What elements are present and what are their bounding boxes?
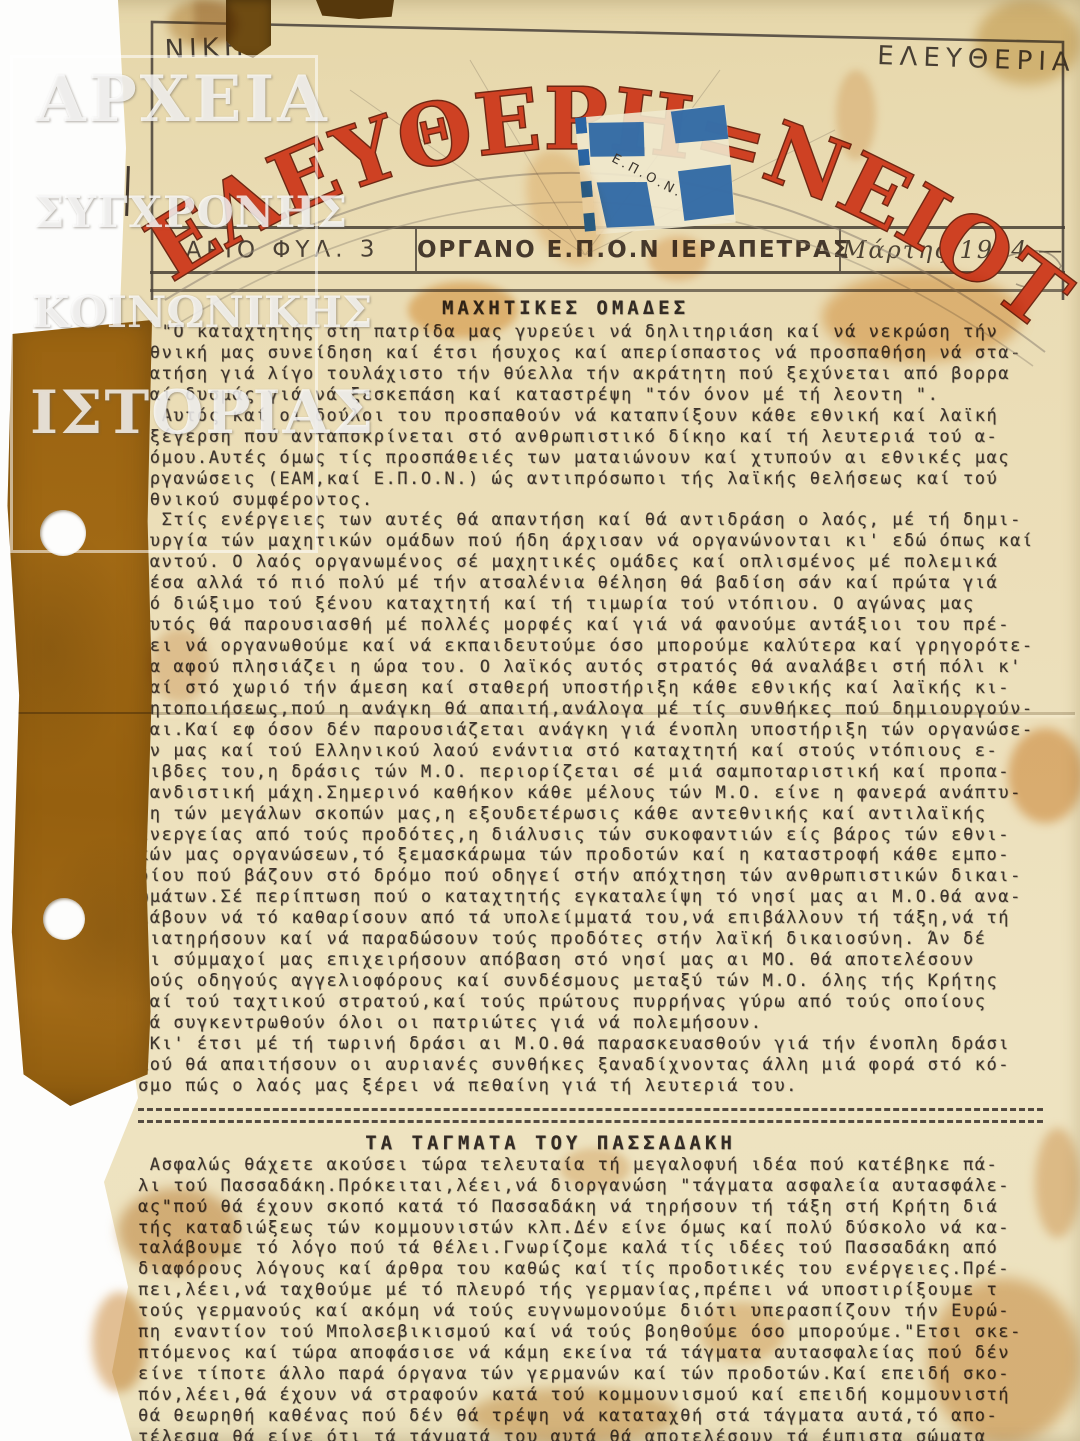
text-line: παντού. Ο λαός οργανωμένος σέ μαχητικές … <box>138 552 1073 573</box>
text-line: ουργία τών μαχητικών ομάδων πού ήδη άρχι… <box>138 531 1073 552</box>
organ-label: ΟΡΓΑΝΟ Ε.Π.Ο.Ν ΙΕΡΑΠΕΤΡΑΣ <box>415 229 841 271</box>
text-line: ξη τών μεγάλων σκοπών μας,η εξουδετέρωσι… <box>138 804 1073 825</box>
text-line: αυτός θά παρουσιασθή μέ πολλές μορφές κα… <box>138 615 1073 636</box>
text-line: Κι' έτσι μέ τή τωρινή δράσι αι Μ.Ο.θά πα… <box>138 1034 1073 1055</box>
text-line: καί τού ταχτικού στρατού,καί τούς πρώτου… <box>138 992 1073 1013</box>
text-line: κών μας οργανώσεων,τό ξεμασκάρωμα τών πρ… <box>138 845 1073 866</box>
text-line: καί δυσμάς γιά νά ξεσκεπάση καί καταστρέ… <box>138 385 1073 406</box>
text-line: θά συγκεντρωθούν όλοι οι πατριώτες γιά ν… <box>138 1013 1073 1034</box>
text-line: τό διώξιμο τού ξένου καταχτητή καί τή τι… <box>138 594 1073 615</box>
article-heading: ΜΑΧΗΤΙΚΕΣ ΟΜΑΔΕΣ <box>138 296 1073 322</box>
text-line: διατηρήσουν καί νά παραδώσουν τούς προδό… <box>138 929 1073 950</box>
text-line: οι σύμμαχοί μας επιχειρήσουν απόβαση στό… <box>138 950 1073 971</box>
text-line: ών μας καί τού Ελληνικού λαού ενάντια στ… <box>138 741 1073 762</box>
text-line: τέλεσμα θά είνε ότι τά τάγματά του αυτά … <box>138 1427 1073 1441</box>
issue-date: Μάρτης 1944 — <box>841 236 1065 264</box>
kraft-crease <box>6 712 152 714</box>
text-line: ριβδες του,η δράσις τών Μ.Ο. περιορίζετα… <box>138 762 1073 783</box>
punch-hole <box>40 510 86 556</box>
text-line: Αυτός καί οι δούλοι του προσπαθούν νά κα… <box>138 406 1073 427</box>
text-line: σμο πώς ο λαός μας ξέρει νά πεθαίνη γιά … <box>138 1076 1073 1097</box>
text-line: οργανώσεις (ΕΑΜ,καί Ε.Π.Ο.Ν.) ώς αντιπρό… <box>138 469 1073 490</box>
scanned-leaflet-page: { "watermark": { "lines": ["ΑΡΧΕΙΑ", "ΣΥ… <box>0 0 1080 1441</box>
text-line: γανδιστική μάχη.Σημερινό καθήκον κάθε μέ… <box>138 783 1073 804</box>
text-line: ται.Καί εφ όσον δέν παρουσιάζεται ανάγκη… <box>138 720 1073 741</box>
section-divider <box>138 1108 1043 1123</box>
text-line: εξέγερση πού ανταποκρίνεται στό ανθρωπισ… <box>138 427 1073 448</box>
text-line: εθνική μας συνείδηση καί έτσι ήσυχος καί… <box>138 343 1073 364</box>
text-line: δίου πού βάζουν στό δρόμο πού οδηγεί στή… <box>138 866 1073 887</box>
text-line: Στίς ενέργειες των αυτές θά απαντήση καί… <box>138 510 1073 531</box>
text-line: λάβουν νά τό καθαρίσουν από τά υπολείμμα… <box>138 908 1073 929</box>
text-line: πει νά οργανωθούμε καί νά εκπαιδευτούμε … <box>138 636 1073 657</box>
text-line: τούς οδηγούς αγγελιοφόρους καί συνδέσμου… <box>138 971 1073 992</box>
text-line: πόν,λέει,θά έχουν νά στραφούν κατά τού κ… <box>138 1385 1073 1406</box>
article-heading: ΤΑ ΤΑΓΜΑΤΑ ΤΟΥ ΠΑΣΣΑΔΑΚΗ <box>138 1131 1073 1155</box>
kraft-strip <box>6 316 152 1106</box>
text-line: ενεργείας από τούς προδότες,η διάλυσις τ… <box>138 825 1073 846</box>
text-line: καί στό χωριό τήν άμεση καί σταθερή υποσ… <box>138 678 1073 699</box>
article-fighting-groups: ΜΑΧΗΤΙΚΕΣ ΟΜΑΔΕΣ "Ο καταχτητής στή πατρί… <box>138 296 1073 1097</box>
text-line: ρα αφού πλησιάζει η ώρα του. Ο λαϊκός αυ… <box>138 657 1073 678</box>
text-line: τόμου.Αυτές όμως τίς προσπάθειές των ματ… <box>138 448 1073 469</box>
bar-underline <box>150 289 1063 292</box>
text-line: μέσα αλλά τό πιό πολύ μέ τήν ατσαλένια θ… <box>138 573 1073 594</box>
text-line: ωμάτων.Σέ περίπτωση πού ο καταχτητής εγκ… <box>138 887 1073 908</box>
article-body: "Ο καταχτητής στή πατρίδα μας γυρεύει νά… <box>138 322 1073 1097</box>
text-line: τούς γερμανούς καί ακόμη νά τούς ευγνωμο… <box>138 1301 1073 1322</box>
article-body: Ασφαλώς θάχετε ακούσει τώρα τελευταία τή… <box>138 1155 1073 1441</box>
text-line: θά θεωρηθή καθένας πού δέν θά τρέψη νά κ… <box>138 1406 1073 1427</box>
text-line: ας"πού θά έχουν σκοπό κατά τό Πασσαδάκη … <box>138 1197 1073 1218</box>
text-line: διαφόρους λόγους καί άρθρα του καθώς καί… <box>138 1259 1073 1280</box>
text-line: νητοποιήσεως,πού η ανάγκη θά απαιτή,ανάλ… <box>138 699 1073 720</box>
text-line: πτόμενος καί τώρα αποφάσισε νά κάμη εκεί… <box>138 1343 1073 1364</box>
article-passadaki-battalions: ΤΑ ΤΑΓΜΑΤΑ ΤΟΥ ΠΑΣΣΑΔΑΚΗ Ασφαλώς θάχετε … <box>138 1131 1073 1441</box>
text-line: "Ο καταχτητής στή πατρίδα μας γυρεύει νά… <box>138 322 1073 343</box>
issue-bar: ΑΡΙΟ ΦΥΛ. 3 ΟΡΓΑΝΟ Ε.Π.Ο.Ν ΙΕΡΑΠΕΤΡΑΣ Μά… <box>150 226 1065 274</box>
text-line: είνε τίποτε άλλο παρά όργανα τών γερμανώ… <box>138 1364 1073 1385</box>
text-line: τής καταδιώξεως τών κομμουνιστών κλπ.Δέν… <box>138 1218 1073 1239</box>
text-line: πει,λέει,νά ταχθούμε μέ τό πλευρό τής γε… <box>138 1280 1073 1301</box>
text-line: εθνικού συμφέροντος. <box>138 490 1073 511</box>
text-line: λι τού Πασσαδάκη.Πρόκειται,λέει,νά διοργ… <box>138 1176 1073 1197</box>
punch-hole <box>43 898 85 940</box>
text-line: πη εναντίον τού Μπολσεβικισμού καί νά το… <box>138 1322 1073 1343</box>
issue-number: ΑΡΙΟ ΦΥΛ. 3 <box>150 236 415 264</box>
text-line: ταλάβουμε τό λόγο πού τά θέλει.Γνωρίζομε… <box>138 1238 1073 1259</box>
text-line: ματήση γιά λίγο τουλάχιστο τήν θύελλα τή… <box>138 364 1073 385</box>
text-line: Ασφαλώς θάχετε ακούσει τώρα τελευταία τή… <box>138 1155 1073 1176</box>
document-body: ΜΑΧΗΤΙΚΕΣ ΟΜΑΔΕΣ "Ο καταχτητής στή πατρί… <box>138 296 1073 1441</box>
text-line: πού θά απαιτήσουν οι αυριανές συνθήκες ξ… <box>138 1055 1073 1076</box>
